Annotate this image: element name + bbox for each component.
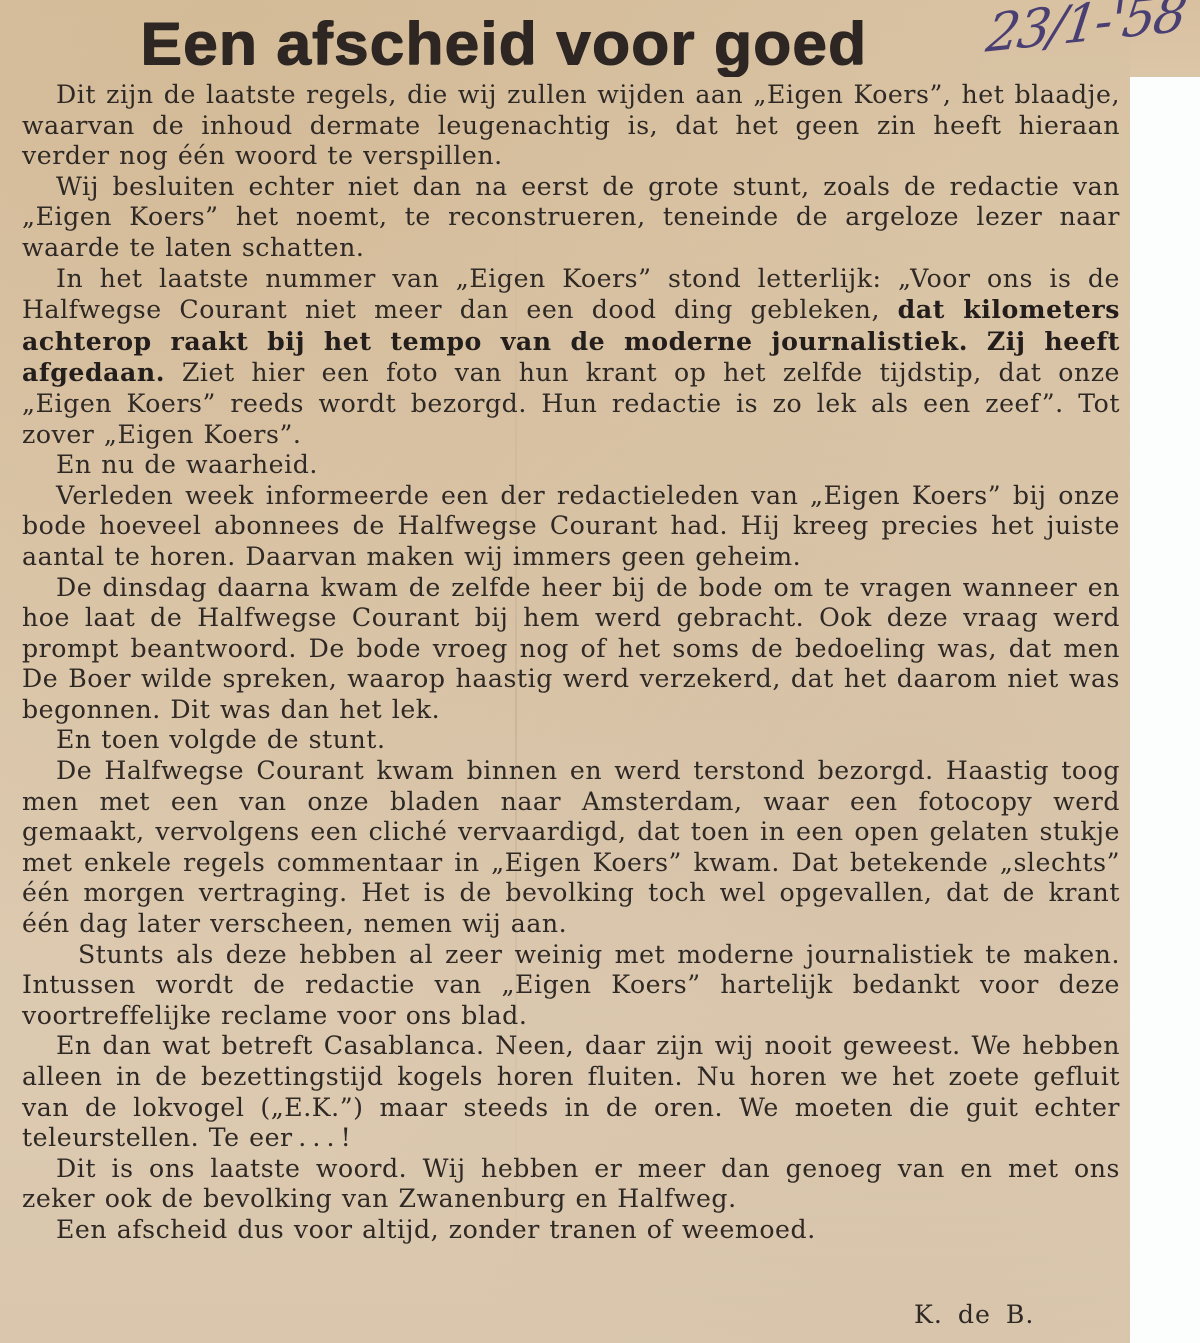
paragraph-stunts-journalism: Stunts als deze hebben al zeer weinig me…: [22, 940, 1120, 1032]
paragraph-stunt-details: De Halfwegse Courant kwam binnen en werd…: [22, 756, 1120, 940]
paragraph-farewell: Een afscheid dus voor altijd, zonder tra…: [22, 1215, 1120, 1246]
paragraph-stunt-followed: En toen volgde de stunt.: [22, 725, 1120, 756]
paragraph-intro: Dit zijn de laatste regels, die wij zull…: [22, 80, 1120, 172]
article-body: Dit zijn de laatste regels, die wij zull…: [22, 80, 1120, 1246]
paragraph-casablanca: En dan wat betreft Casablanca. Neen, daa…: [22, 1031, 1120, 1153]
paragraph-last-word: Dit is ons laatste woord. Wij hebben er …: [22, 1154, 1120, 1215]
author-signature: K. de B.: [914, 1300, 1034, 1329]
article-headline: Een afscheid voor goed: [140, 6, 867, 82]
paragraph-truth: En nu de waarheid.: [22, 450, 1120, 481]
paragraph-tuesday: De dinsdag daarna kwam de zelfde heer bi…: [22, 573, 1120, 726]
quote-text-after: Ziet hier een foto van hun krant op het …: [22, 358, 1120, 448]
paragraph-reconstruct: Wij besluiten echter niet dan na eerst d…: [22, 172, 1120, 264]
paragraph-quote: In het laatste nummer van „Eigen Koers” …: [22, 264, 1120, 451]
paragraph-last-week: Verleden week informeerde een der redact…: [22, 481, 1120, 573]
